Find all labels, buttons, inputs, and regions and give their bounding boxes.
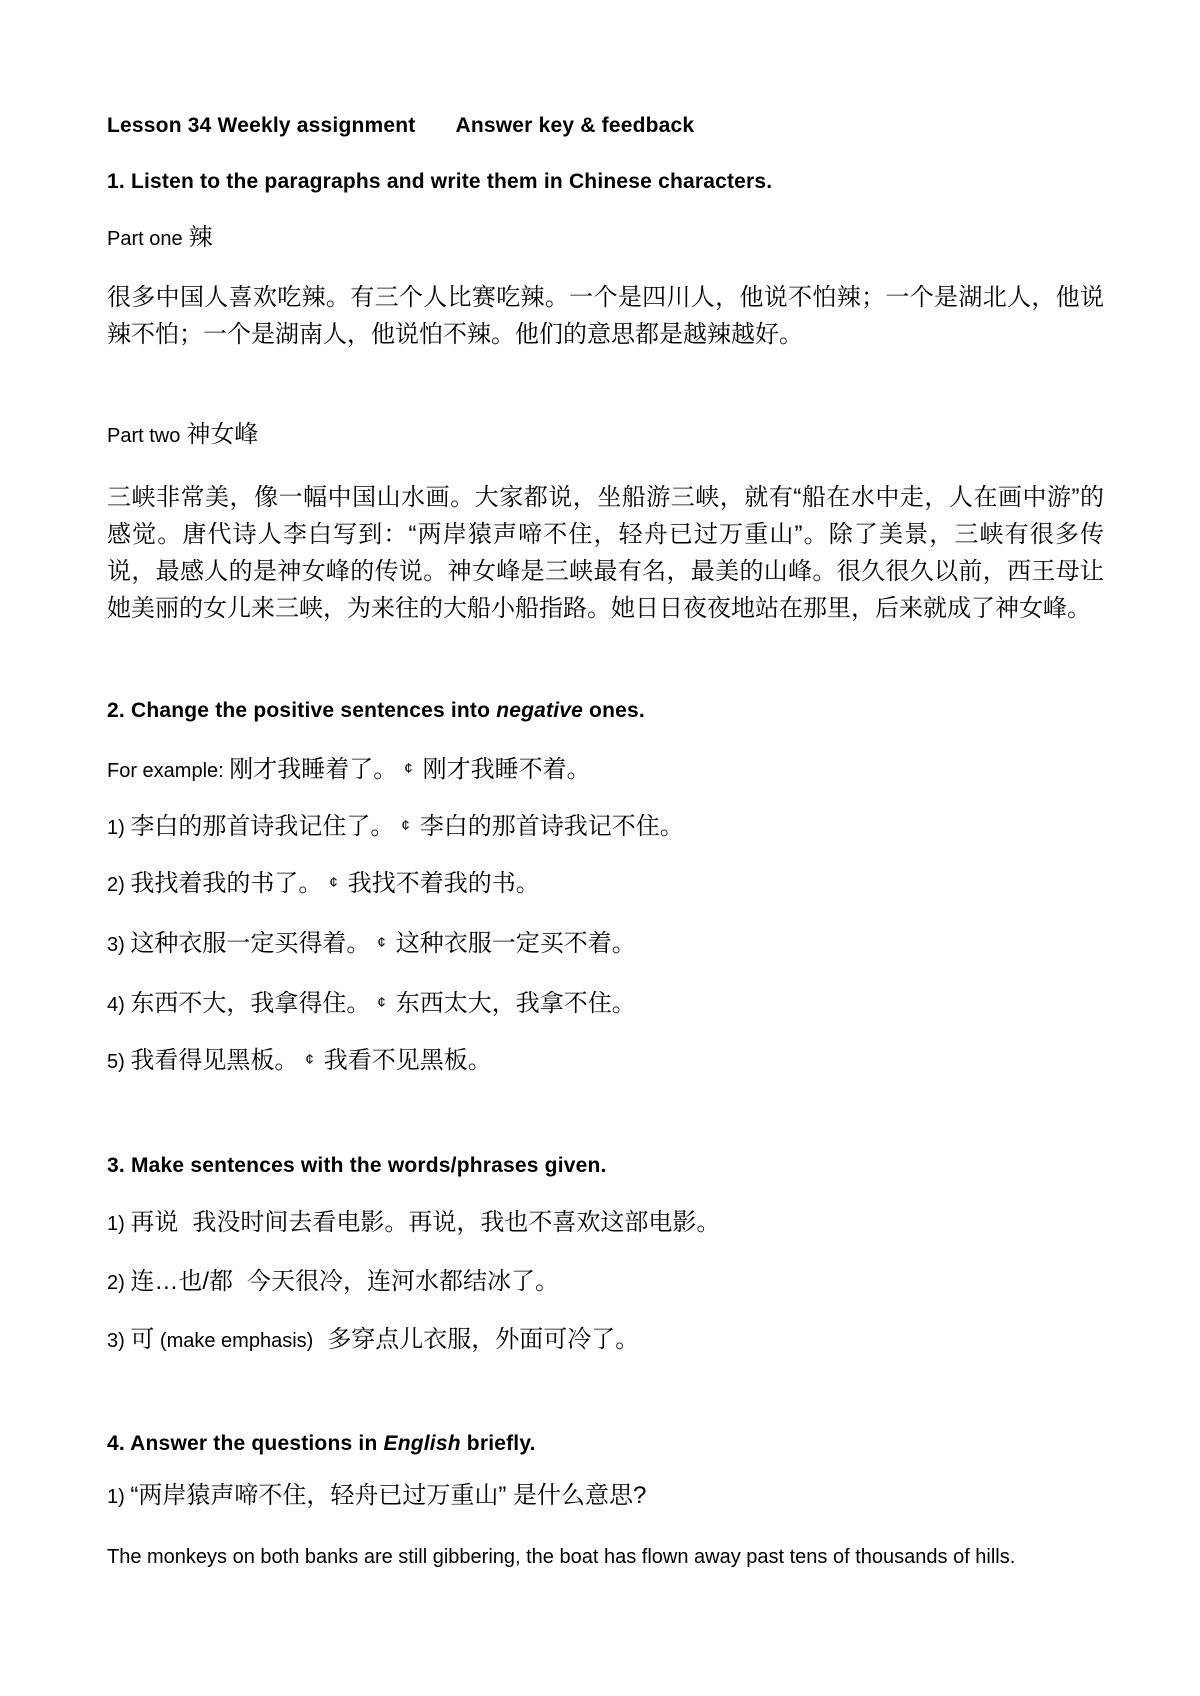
arrow-symbol: ¢	[377, 994, 385, 1011]
title-left: Lesson 34 Weekly assignment	[107, 114, 415, 137]
section4-heading: 4. Answer the questions in English brief…	[107, 1430, 1104, 1458]
item-number: 2)	[107, 874, 125, 896]
made-sentence: 今天很冷，连河水都结冰了。	[247, 1268, 559, 1295]
document-page: Lesson 34 Weekly assignmentAnswer key & …	[0, 0, 1200, 1570]
given-phrase: 可	[130, 1326, 154, 1353]
part-two-word: 神女峰	[186, 421, 258, 448]
positive-sentence: 我看得见黑板。	[130, 1047, 298, 1074]
part-one-word: 辣	[189, 224, 213, 251]
given-phrase: 连…也/都	[130, 1268, 233, 1295]
question-line: 1) “两岸猿声啼不住，轻舟已过万重山” 是什么意思?	[107, 1479, 1104, 1514]
negative-sentence: 东西太大，我拿不住。	[396, 990, 636, 1017]
item-number: 1)	[107, 817, 125, 839]
made-sentence: 多穿点儿衣服，外面可冷了。	[327, 1326, 639, 1353]
title-right: Answer key & feedback	[455, 114, 694, 137]
section4-heading-prefix: 4. Answer the questions in	[107, 1432, 384, 1455]
question-text: “两岸猿声啼不住，轻舟已过万重山” 是什么意思?	[130, 1482, 646, 1509]
example-label: For example:	[107, 760, 224, 782]
section2-heading-italic: negative	[496, 699, 583, 722]
section4-heading-suffix: briefly.	[461, 1432, 536, 1455]
item-number: 3)	[107, 934, 125, 956]
given-phrase: 再说	[130, 1209, 178, 1236]
answer-text: The monkeys on both banks are still gibb…	[107, 1544, 1104, 1570]
negative-item: 4) 东西不大，我拿得住。¢东西太大，我拿不住。	[107, 986, 1104, 1022]
make-sentence-item: 2) 连…也/都今天很冷，连河水都结冰了。	[107, 1265, 1104, 1300]
positive-sentence: 这种衣服一定买得着。	[130, 930, 370, 957]
arrow-symbol: ¢	[404, 760, 412, 777]
section1-heading: 1. Listen to the paragraphs and write th…	[107, 168, 1104, 196]
part-two-paragraph: 三峡非常美，像一幅中国山水画。大家都说，坐船游三峡，就有“船在水中走，人在画中游…	[107, 479, 1104, 627]
section4-heading-italic: English	[384, 1432, 461, 1455]
positive-sentence: 东西不大，我拿得住。	[130, 990, 370, 1017]
section2-heading-suffix: ones.	[583, 699, 645, 722]
part-one-label-text: Part one	[107, 228, 183, 250]
arrow-symbol: ¢	[401, 817, 409, 834]
phrase-note: (make emphasis)	[160, 1330, 313, 1352]
document-title: Lesson 34 Weekly assignmentAnswer key & …	[107, 112, 1104, 140]
arrow-symbol: ¢	[329, 874, 337, 891]
item-number: 2)	[107, 1272, 125, 1294]
example-line: For example: 刚才我睡着了。¢刚才我睡不着。	[107, 752, 1104, 788]
make-sentence-item: 3) 可 (make emphasis)多穿点儿衣服，外面可冷了。	[107, 1323, 1104, 1358]
made-sentence: 我没时间去看电影。再说，我也不喜欢这部电影。	[192, 1209, 720, 1236]
negative-item: 5) 我看得见黑板。¢我看不见黑板。	[107, 1043, 1104, 1079]
negative-sentence: 我看不见黑板。	[324, 1047, 492, 1074]
negative-sentence: 这种衣服一定买不着。	[396, 930, 636, 957]
item-number: 4)	[107, 994, 125, 1016]
example-negative: 刚才我睡不着。	[423, 756, 591, 783]
negative-item: 2) 我找着我的书了。¢我找不着我的书。	[107, 866, 1104, 902]
part-one-paragraph: 很多中国人喜欢吃辣。有三个人比赛吃辣。一个是四川人，他说不怕辣；一个是湖北人，他…	[107, 279, 1104, 353]
make-sentence-item: 1) 再说我没时间去看电影。再说，我也不喜欢这部电影。	[107, 1206, 1104, 1241]
item-number: 1)	[107, 1213, 125, 1235]
arrow-symbol: ¢	[305, 1051, 313, 1068]
positive-sentence: 李白的那首诗我记住了。	[130, 813, 394, 840]
item-number: 3)	[107, 1330, 125, 1352]
positive-sentence: 我找着我的书了。	[130, 870, 322, 897]
part-two-label-text: Part two	[107, 425, 180, 447]
question-number: 1)	[107, 1486, 125, 1508]
arrow-symbol: ¢	[377, 934, 385, 951]
part-one-label: Part one辣	[107, 222, 1104, 255]
negative-item: 1) 李白的那首诗我记住了。¢李白的那首诗我记不住。	[107, 809, 1104, 845]
item-number: 5)	[107, 1051, 125, 1073]
part-two-label: Part two神女峰	[107, 419, 1104, 452]
section2-heading: 2. Change the positive sentences into ne…	[107, 697, 1104, 725]
section3-heading: 3. Make sentences with the words/phrases…	[107, 1152, 1104, 1180]
example-positive: 刚才我睡着了。	[229, 756, 397, 783]
negative-sentence: 李白的那首诗我记不住。	[420, 813, 684, 840]
section2-heading-prefix: 2. Change the positive sentences into	[107, 699, 496, 722]
negative-sentence: 我找不着我的书。	[348, 870, 540, 897]
negative-item: 3) 这种衣服一定买得着。¢这种衣服一定买不着。	[107, 926, 1104, 962]
